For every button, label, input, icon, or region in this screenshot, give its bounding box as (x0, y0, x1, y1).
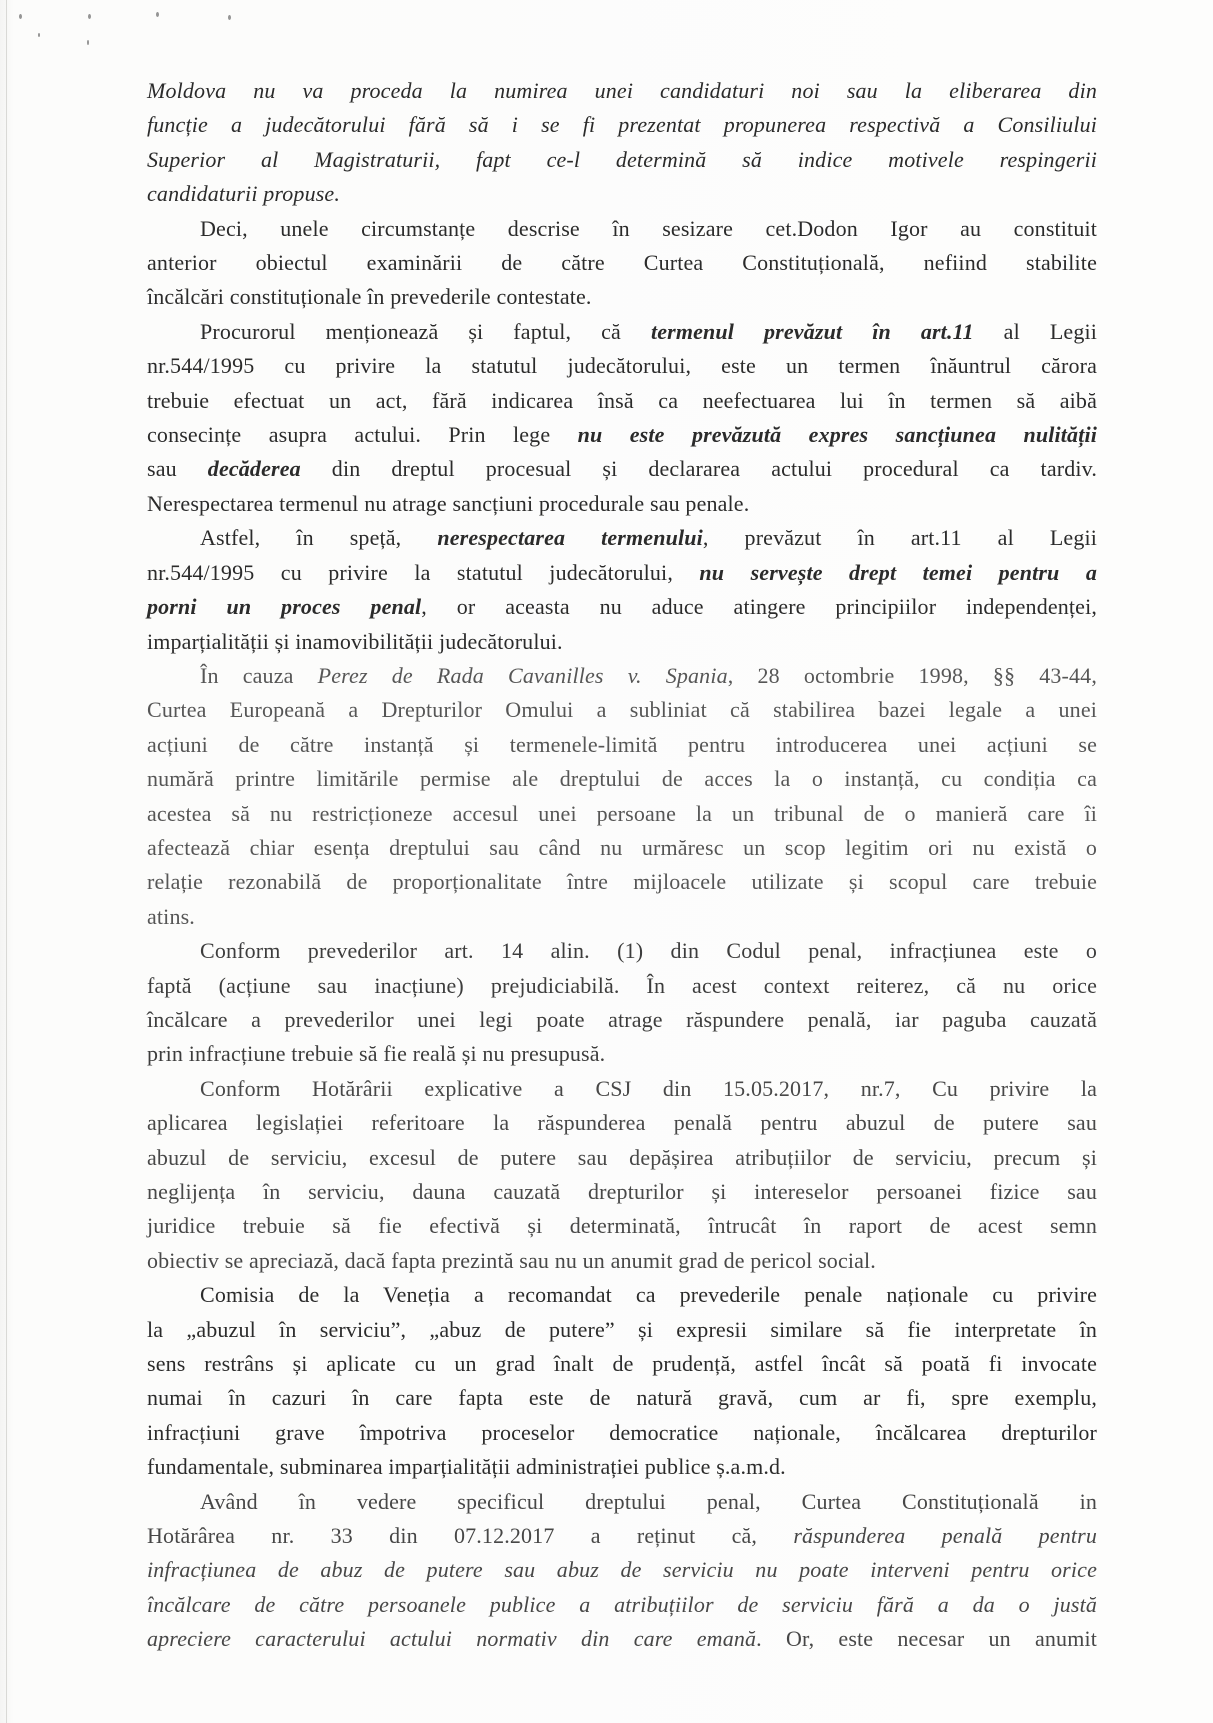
text-line: În cauza Perez de Rada Cavanilles v. Spa… (147, 659, 1097, 693)
text-line: juridice trebuie să fie efectivă și dete… (147, 1209, 1097, 1243)
text-line: porni un proces penal, or aceasta nu adu… (147, 590, 1097, 624)
text-line: Conform prevederilor art. 14 alin. (1) d… (147, 934, 1097, 968)
scan-speckle (156, 12, 159, 17)
text-run: nr.544/1995 cu privire la statutul judec… (147, 560, 699, 585)
text-line: Nerespectarea termenul nu atrage sancțiu… (147, 487, 1097, 521)
scan-speckle (228, 15, 231, 20)
text-line: afectează chiar esența dreptului sau cân… (147, 831, 1097, 865)
text-run: infracțiuni grave împotriva proceselor d… (147, 1420, 1097, 1445)
text-run: infracțiunea de abuz de putere sau abuz … (147, 1557, 1097, 1582)
text-line: Deci, unele circumstanțe descrise în ses… (147, 212, 1097, 246)
text-run: încălcare a prevederilor unei legi poate… (147, 1007, 1097, 1032)
text-run: . Or, este necesar un anumit (756, 1626, 1097, 1651)
text-run: anterior obiectul examinării de către Cu… (147, 250, 1097, 275)
paragraph: Moldova nu va proceda la numirea unei ca… (147, 74, 1097, 212)
text-line: candidaturii propuse. (147, 177, 1097, 211)
text-line: la „abuzul în serviciu”, „abuz de putere… (147, 1313, 1097, 1347)
text-line: nr.544/1995 cu privire la statutul judec… (147, 556, 1097, 590)
text-run: Având în vedere specificul dreptului pen… (200, 1489, 1097, 1514)
scan-speckle (38, 33, 40, 37)
text-run: candidaturii propuse. (147, 181, 340, 206)
scan-speckle (87, 40, 89, 45)
paragraph: Conform Hotărârii explicative a CSJ din … (147, 1072, 1097, 1278)
text-run: numai în cazuri în care fapta este de na… (147, 1385, 1097, 1410)
paragraph: Conform prevederilor art. 14 alin. (1) d… (147, 934, 1097, 1072)
text-run: nu este prevăzută expres sancțiunea nuli… (578, 422, 1097, 447)
text-run: aplicarea legislației referitoare la răs… (147, 1110, 1097, 1135)
text-line: Superior al Magistraturii, fapt ce-l det… (147, 143, 1097, 177)
text-line: Moldova nu va proceda la numirea unei ca… (147, 74, 1097, 108)
text-line: Astfel, în speță, nerespectarea termenul… (147, 521, 1097, 555)
text-run: termenul prevăzut în art.11 (651, 319, 974, 344)
text-line: nr.544/1995 cu privire la statutul judec… (147, 349, 1097, 383)
text-run: În cauza (200, 663, 318, 688)
text-run: Deci, unele circumstanțe descrise în ses… (200, 216, 1097, 241)
text-line: obiectiv se apreciază, dacă fapta prezin… (147, 1244, 1097, 1278)
text-run: Nerespectarea termenul nu atrage sancțiu… (147, 491, 749, 516)
text-line: Comisia de la Veneția a recomandat ca pr… (147, 1278, 1097, 1312)
scan-speckle (88, 14, 91, 19)
text-line: Având în vedere specificul dreptului pen… (147, 1485, 1097, 1519)
text-run: Perez de Rada Cavanilles v. Spania (318, 663, 728, 688)
text-line: acțiuni de către instanță și termenele-l… (147, 728, 1097, 762)
text-line: anterior obiectul examinării de către Cu… (147, 246, 1097, 280)
paragraph: Comisia de la Veneția a recomandat ca pr… (147, 1278, 1097, 1484)
text-line: Hotărârea nr. 33 din 07.12.2017 a reținu… (147, 1519, 1097, 1553)
text-line: prin infracțiune trebuie să fie reală și… (147, 1037, 1097, 1071)
text-line: Conform Hotărârii explicative a CSJ din … (147, 1072, 1097, 1106)
text-run: Conform Hotărârii explicative a CSJ din … (200, 1076, 1097, 1101)
text-line: Procurorul menționează și faptul, că ter… (147, 315, 1097, 349)
text-line: sens restrâns și aplicate cu un grad îna… (147, 1347, 1097, 1381)
text-run: porni un proces penal (147, 594, 421, 619)
paragraph: Având în vedere specificul dreptului pen… (147, 1485, 1097, 1657)
paragraph: Deci, unele circumstanțe descrise în ses… (147, 212, 1097, 315)
paragraph: Procurorul menționează și faptul, că ter… (147, 315, 1097, 521)
text-line: sau decăderea din dreptul procesual și d… (147, 452, 1097, 486)
text-line: Curtea Europeană a Drepturilor Omului a … (147, 693, 1097, 727)
text-line: fundamentale, subminarea imparțialității… (147, 1450, 1097, 1484)
text-run: , 28 octombrie 1998, §§ 43-44, (728, 663, 1097, 688)
text-run: nu servește drept temei pentru a (699, 560, 1097, 585)
text-run: apreciere caracterului actului normativ … (147, 1626, 756, 1651)
text-run: Moldova nu va proceda la numirea unei ca… (147, 78, 1097, 103)
text-run: al Legii (974, 319, 1097, 344)
text-run: Procurorul menționează și faptul, că (200, 319, 651, 344)
text-run: la „abuzul în serviciu”, „abuz de putere… (147, 1317, 1097, 1342)
text-line: infracțiunea de abuz de putere sau abuz … (147, 1553, 1097, 1587)
text-run: răspunderea penală pentru (793, 1523, 1097, 1548)
paragraph: Astfel, în speță, nerespectarea termenul… (147, 521, 1097, 659)
text-run: încălcări constituționale în prevederile… (147, 284, 592, 309)
text-line: consecințe asupra actului. Prin lege nu … (147, 418, 1097, 452)
text-run: imparțialității și inamovibilității jude… (147, 629, 563, 654)
text-line: neglijența în serviciu, dauna cauzată dr… (147, 1175, 1097, 1209)
text-line: infracțiuni grave împotriva proceselor d… (147, 1416, 1097, 1450)
text-run: nerespectarea termenului (437, 525, 703, 550)
text-run: funcție a judecătorului fără să i se fi … (147, 112, 1097, 137)
text-run: relație rezonabilă de proporționalitate … (147, 869, 1097, 894)
text-run: numără printre limitările permise ale dr… (147, 766, 1097, 791)
text-run: abuzul de serviciu, excesul de putere sa… (147, 1145, 1097, 1170)
document-text-block: Moldova nu va proceda la numirea unei ca… (147, 74, 1097, 1657)
text-run: Superior al Magistraturii, fapt ce-l det… (147, 147, 1097, 172)
text-line: aplicarea legislației referitoare la răs… (147, 1106, 1097, 1140)
text-line: faptă (acțiune sau inacțiune) prejudicia… (147, 969, 1097, 1003)
text-line: relație rezonabilă de proporționalitate … (147, 865, 1097, 899)
text-line: încălcare de către persoanele publice a … (147, 1588, 1097, 1622)
text-run: atins. (147, 904, 195, 929)
text-line: abuzul de serviciu, excesul de putere sa… (147, 1141, 1097, 1175)
text-run: consecințe asupra actului. Prin lege (147, 422, 578, 447)
text-run: nr.544/1995 cu privire la statutul judec… (147, 353, 1097, 378)
text-run: sens restrâns și aplicate cu un grad îna… (147, 1351, 1097, 1376)
text-line: apreciere caracterului actului normativ … (147, 1622, 1097, 1656)
text-run: neglijența în serviciu, dauna cauzată dr… (147, 1179, 1097, 1204)
text-run: Hotărârea nr. 33 din 07.12.2017 a reținu… (147, 1523, 793, 1548)
text-run: prin infracțiune trebuie să fie reală și… (147, 1041, 605, 1066)
text-line: încălcare a prevederilor unei legi poate… (147, 1003, 1097, 1037)
text-line: trebuie efectuat un act, fără indicarea … (147, 384, 1097, 418)
text-run: din dreptul procesual și declararea actu… (301, 456, 1097, 481)
text-run: Comisia de la Veneția a recomandat ca pr… (200, 1282, 1097, 1307)
text-run: trebuie efectuat un act, fără indicarea … (147, 388, 1097, 413)
text-run: fundamentale, subminarea imparțialității… (147, 1454, 786, 1479)
text-run: Curtea Europeană a Drepturilor Omului a … (147, 697, 1097, 722)
document-page: Moldova nu va proceda la numirea unei ca… (0, 0, 1213, 1723)
text-run: acestea să nu restricționeze accesul une… (147, 801, 1097, 826)
text-run: acțiuni de către instanță și termenele-l… (147, 732, 1097, 757)
text-run: Conform prevederilor art. 14 alin. (1) d… (200, 938, 1097, 963)
text-run: decăderea (208, 456, 301, 481)
text-run: , prevăzut în art.11 al Legii (703, 525, 1097, 550)
text-run: , or aceasta nu aduce atingere principii… (421, 594, 1097, 619)
text-line: funcție a judecătorului fără să i se fi … (147, 108, 1097, 142)
scan-speckle (19, 14, 22, 19)
text-line: acestea să nu restricționeze accesul une… (147, 797, 1097, 831)
text-line: imparțialității și inamovibilității jude… (147, 625, 1097, 659)
text-line: numără printre limitările permise ale dr… (147, 762, 1097, 796)
text-line: încălcări constituționale în prevederile… (147, 280, 1097, 314)
text-line: atins. (147, 900, 1097, 934)
text-run: sau (147, 456, 208, 481)
text-run: juridice trebuie să fie efectivă și dete… (147, 1213, 1097, 1238)
paragraph: În cauza Perez de Rada Cavanilles v. Spa… (147, 659, 1097, 934)
text-run: obiectiv se apreciază, dacă fapta prezin… (147, 1248, 876, 1273)
text-line: numai în cazuri în care fapta este de na… (147, 1381, 1097, 1415)
text-run: faptă (acțiune sau inacțiune) prejudicia… (147, 973, 1097, 998)
text-run: Astfel, în speță, (200, 525, 437, 550)
text-run: afectează chiar esența dreptului sau cân… (147, 835, 1097, 860)
text-run: încălcare de către persoanele publice a … (147, 1592, 1097, 1617)
